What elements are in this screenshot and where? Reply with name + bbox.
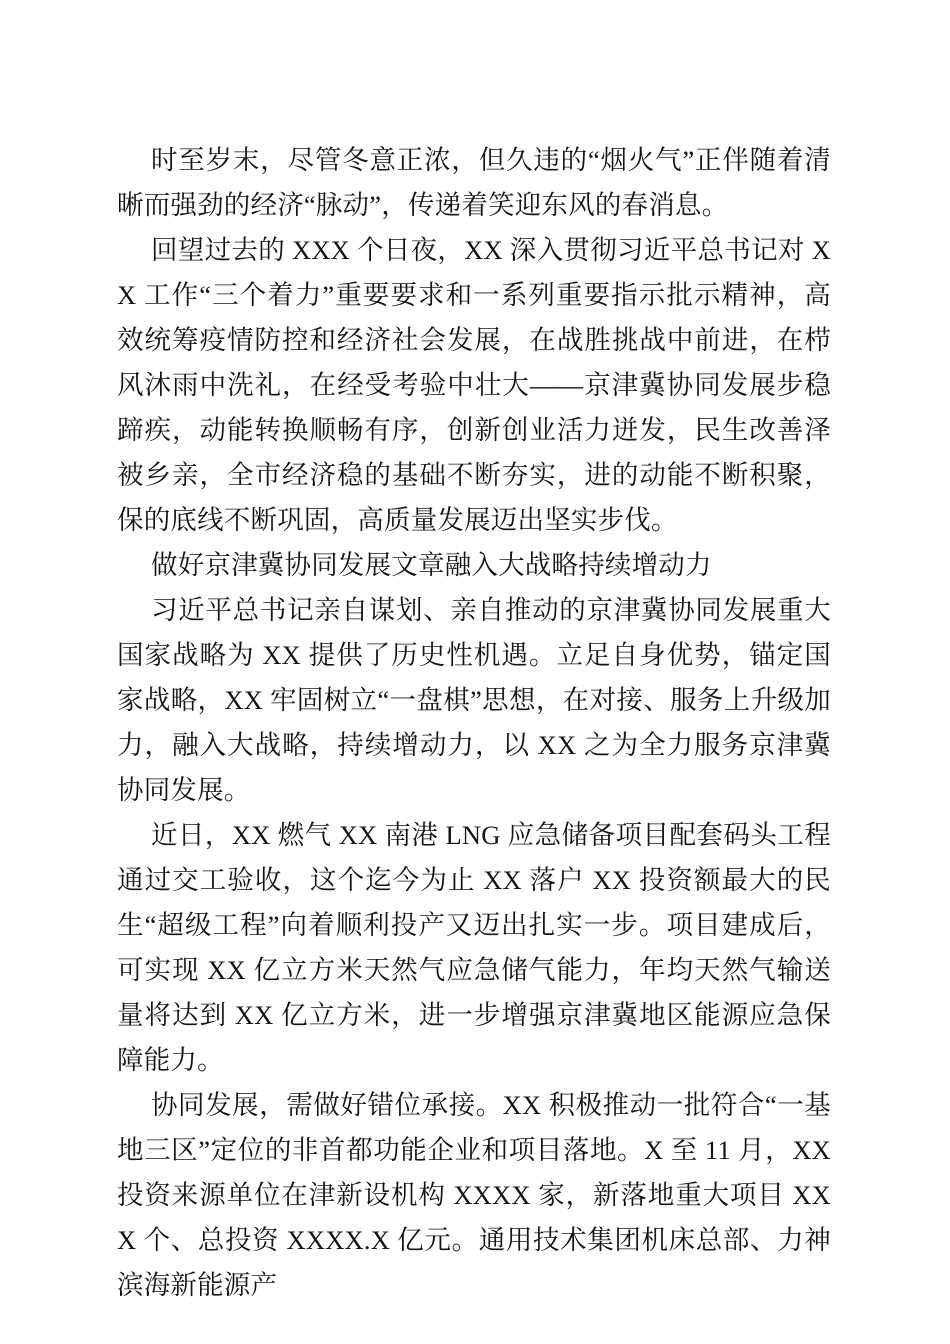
section-heading-jingjinji: 做好京津冀协同发展文章融入大战略持续增动力	[117, 543, 831, 588]
paragraph-strategy: 习近平总书记亲自谋划、亲自推动的京津冀协同发展重大国家战略为 XX 提供了历史性…	[117, 588, 831, 813]
paragraph-lng-project: 近日，XX 燃气 XX 南港 LNG 应急储备项目配套码头工程通过交工验收，这个…	[117, 813, 831, 1083]
document-page: 时至岁末，尽管冬意正浓，但久违的“烟火气”正伴随着清晰而强劲的经济“脉动”，传递…	[0, 0, 950, 1344]
paragraph-intro: 时至岁末，尽管冬意正浓，但久违的“烟火气”正伴随着清晰而强劲的经济“脉动”，传递…	[117, 138, 831, 228]
paragraph-review: 回望过去的 XXX 个日夜，XX 深入贯彻习近平总书记对 XX 工作“三个着力”…	[117, 228, 831, 543]
paragraph-projects-landing: 协同发展，需做好错位承接。XX 积极推动一批符合“一基地三区”定位的非首都功能企…	[117, 1083, 831, 1308]
document-content: 时至岁末，尽管冬意正浓，但久违的“烟火气”正伴随着清晰而强劲的经济“脉动”，传递…	[117, 138, 831, 1308]
